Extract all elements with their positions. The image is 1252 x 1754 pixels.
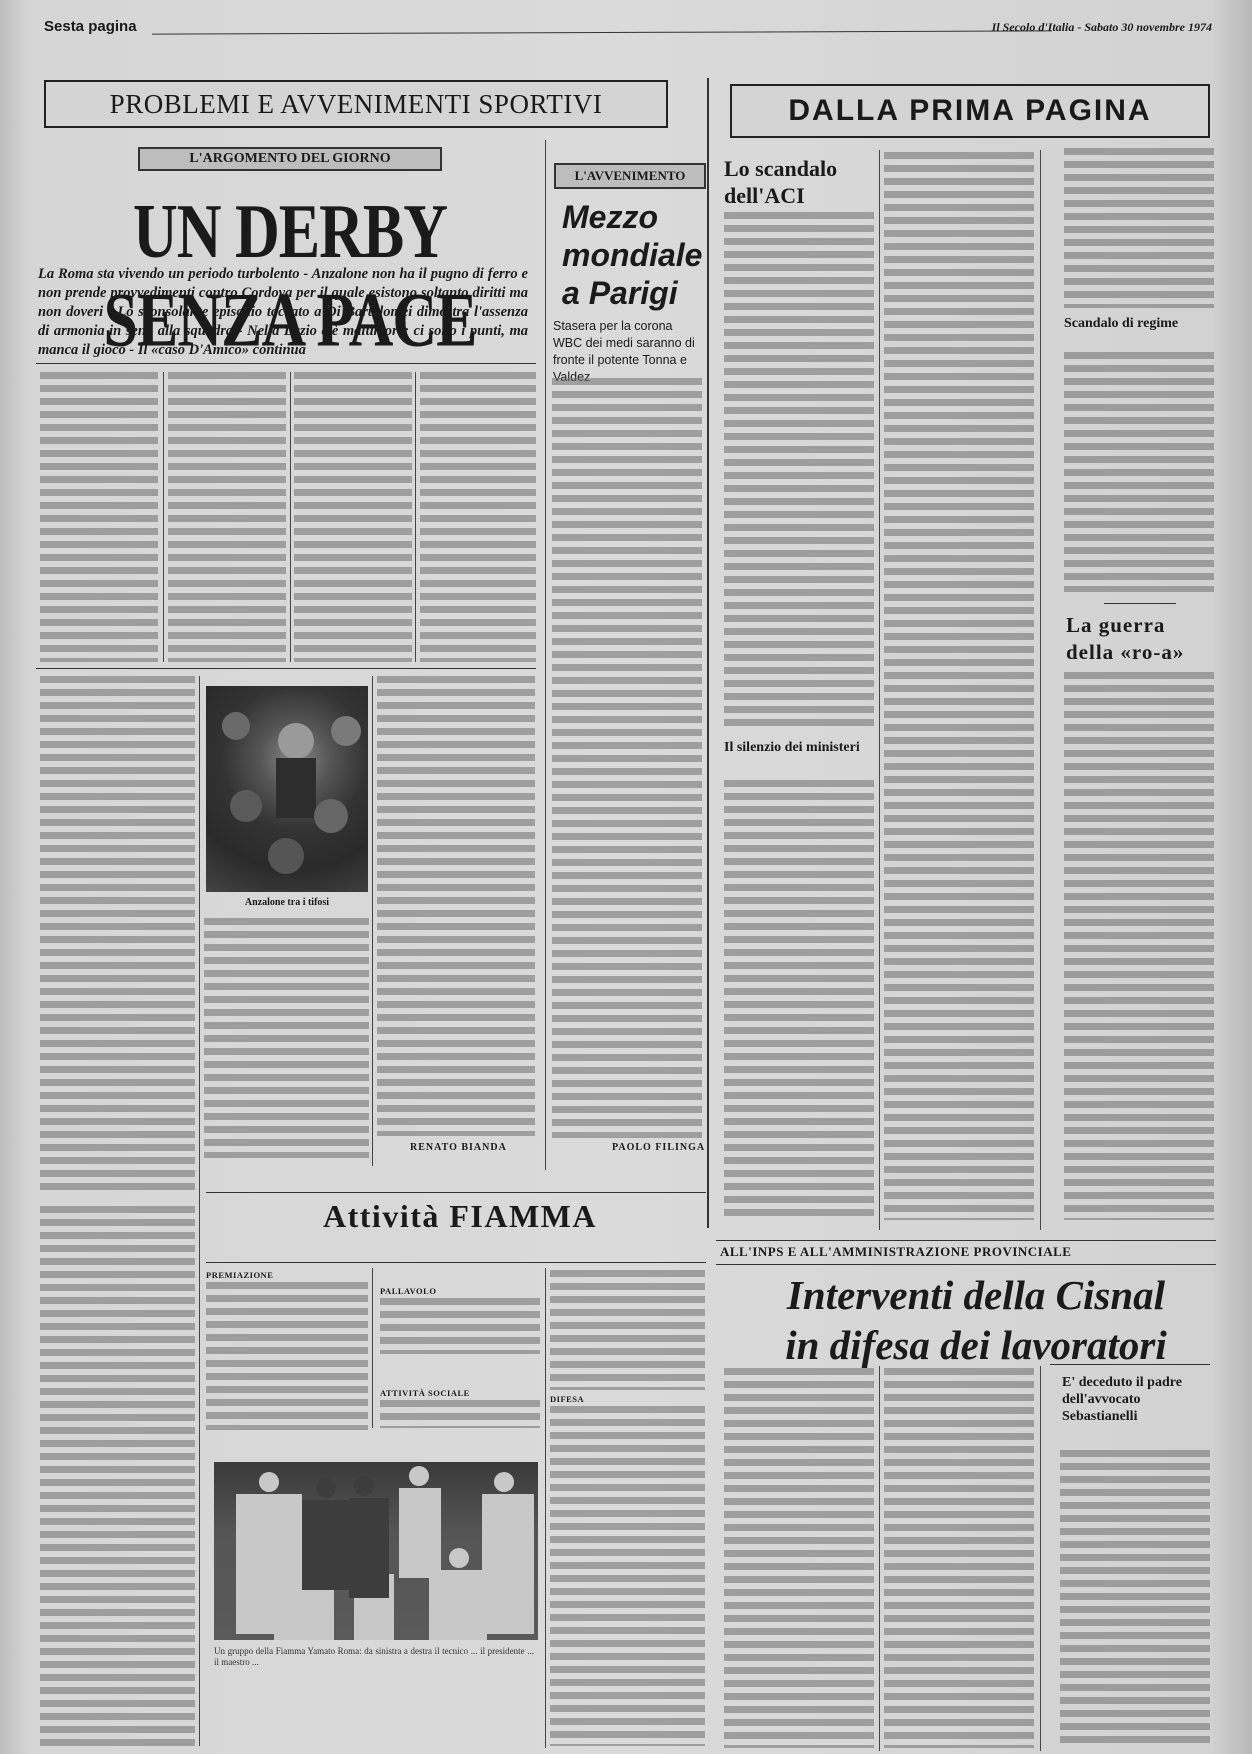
folio-rule [152, 30, 1052, 34]
obituary-body [1060, 1450, 1210, 1748]
derby-body-lower-col-2b [204, 918, 369, 1158]
col-rule [879, 150, 880, 1230]
fiamma-title-rule [206, 1262, 706, 1263]
aci-subhead-ministeri: Il silenzio dei ministeri [724, 740, 864, 756]
right-col-body-top [1064, 148, 1214, 308]
right-col-rule [1104, 603, 1176, 604]
cisnal-headline-line-1: Interventi della Cisnal [726, 1270, 1226, 1320]
obituary-rule [1050, 1364, 1210, 1365]
mezzo-deck: Stasera per la corona WBC dei medi saran… [553, 318, 703, 386]
anzalone-photo [206, 686, 368, 892]
page-section-label: Sesta pagina [44, 18, 137, 35]
aci-body-col-2 [884, 152, 1034, 1220]
right-subhead-scandalo: Scandalo di regime [1064, 316, 1204, 332]
cisnal-top-rule [716, 1240, 1216, 1241]
fiamma-section-attivita: ATTIVITÀ SOCIALE [380, 1388, 470, 1398]
col-rule [1040, 150, 1041, 1230]
col-rule [1040, 1366, 1041, 1751]
fiamma-body-col-3b [550, 1406, 705, 1746]
col-rule [199, 676, 200, 1746]
derby-byline: RENATO BIANDA [410, 1142, 507, 1153]
col-rule [879, 1366, 880, 1751]
col-rule [415, 372, 416, 662]
fiamma-section-pallavolo: PALLAVOLO [380, 1286, 436, 1296]
fiamma-top-rule [206, 1192, 706, 1193]
obituary-headline-text: E' deceduto il padre dell'avvocato Sebas… [1062, 1374, 1182, 1425]
derby-deck: La Roma sta vivendo un periodo turbolent… [38, 265, 528, 360]
section-banner-sports-text: PROBLEMI E AVVENIMENTI SPORTIVI [110, 89, 603, 120]
col-rule [545, 140, 546, 1170]
col-rule [290, 372, 291, 662]
cisnal-headline: Interventi della Cisnal in difesa dei la… [726, 1270, 1226, 1370]
cisnal-headline-line-2: in difesa dei lavoratori [726, 1320, 1226, 1370]
crowd-illustration [206, 686, 368, 892]
derby-mid-rule [36, 668, 536, 669]
derby-body-col-4: fatica. Comunque l'esame Juventus sarà i… [420, 372, 536, 662]
section-banner-sports: PROBLEMI E AVVENIMENTI SPORTIVI [44, 80, 668, 128]
derby-body-lower-col-1 [40, 676, 195, 1196]
mezzo-headline-text: Mezzo mondiale a Parigi [562, 198, 702, 312]
derby-body-col-3: scoppia. Da una parte il presidente... i… [294, 372, 412, 662]
aci-body-col-1 [724, 212, 874, 732]
fiamma-body-col-2b [380, 1400, 540, 1428]
page-divider [707, 78, 709, 1228]
guerra-headline: La guerra della «ro-a» [1066, 612, 1196, 666]
masthead-date: Il Secolo d'Italia - Sabato 30 novembre … [992, 20, 1212, 35]
col-rule [372, 1268, 373, 1428]
fiamma-yamato-photo [214, 1462, 538, 1640]
mezzo-byline: PAOLO FILINGA [612, 1142, 705, 1153]
fiamma-section-difesa: DIFESA [550, 1394, 584, 1404]
derby-body-col-1: Il calcio italiano sta vivendo un moment… [40, 372, 158, 662]
anzalone-photo-caption: Anzalone tra i tifosi [206, 897, 368, 908]
fiamma-body-col-2 [380, 1298, 540, 1354]
fiamma-photo-caption: Un gruppo della Fiamma Yamato Roma: da s… [214, 1646, 534, 1702]
aci-body-col-1b [724, 780, 874, 1220]
cisnal-kicker-rule [716, 1264, 1216, 1265]
fiamma-body-col-1 [206, 1282, 368, 1430]
cisnal-body-col-2 [884, 1368, 1034, 1748]
fiamma-section-premiazione: PREMIAZIONE [206, 1270, 273, 1280]
obituary-headline: E' deceduto il padre dell'avvocato Sebas… [1062, 1374, 1182, 1425]
cisnal-kicker: ALL'INPS E ALL'AMMINISTRAZIONE PROVINCIA… [720, 1244, 1071, 1260]
mezzo-kicker: L'AVVENIMENTO [554, 163, 706, 189]
section-banner-front-page: DALLA PRIMA PAGINA [730, 84, 1210, 138]
derby-deck-rule [36, 363, 536, 364]
derby-kicker: L'ARGOMENTO DEL GIORNO [138, 147, 442, 171]
section-banner-front-page-text: DALLA PRIMA PAGINA [788, 94, 1151, 128]
newspaper-page: Sesta pagina Il Secolo d'Italia - Sabato… [0, 0, 1252, 1754]
col-rule [372, 676, 373, 1166]
aci-headline: Lo scandalo dell'ACI [724, 155, 864, 209]
right-col-body-mid [1064, 352, 1214, 592]
karate-group-illustration [214, 1462, 538, 1640]
fiamma-body-col-3 [550, 1270, 705, 1390]
fiamma-title: Attività FIAMMA [230, 1198, 690, 1235]
col-rule [545, 1268, 546, 1748]
derby-body-continued [40, 1206, 195, 1746]
mezzo-headline: Mezzo mondiale a Parigi [562, 198, 702, 312]
derby-body-col-2: «grazie». Non parliamo poi dei problemi … [168, 372, 286, 662]
aci-headline-text: Lo scandalo dell'ACI [724, 155, 864, 209]
col-rule [163, 372, 164, 662]
right-col-body-bottom [1064, 672, 1214, 1220]
cisnal-body-col-1 [724, 1368, 874, 1748]
mezzo-body [552, 378, 702, 1138]
derby-body-lower-col-3 [377, 676, 535, 1136]
guerra-headline-text: La guerra della «ro-a» [1066, 612, 1196, 666]
